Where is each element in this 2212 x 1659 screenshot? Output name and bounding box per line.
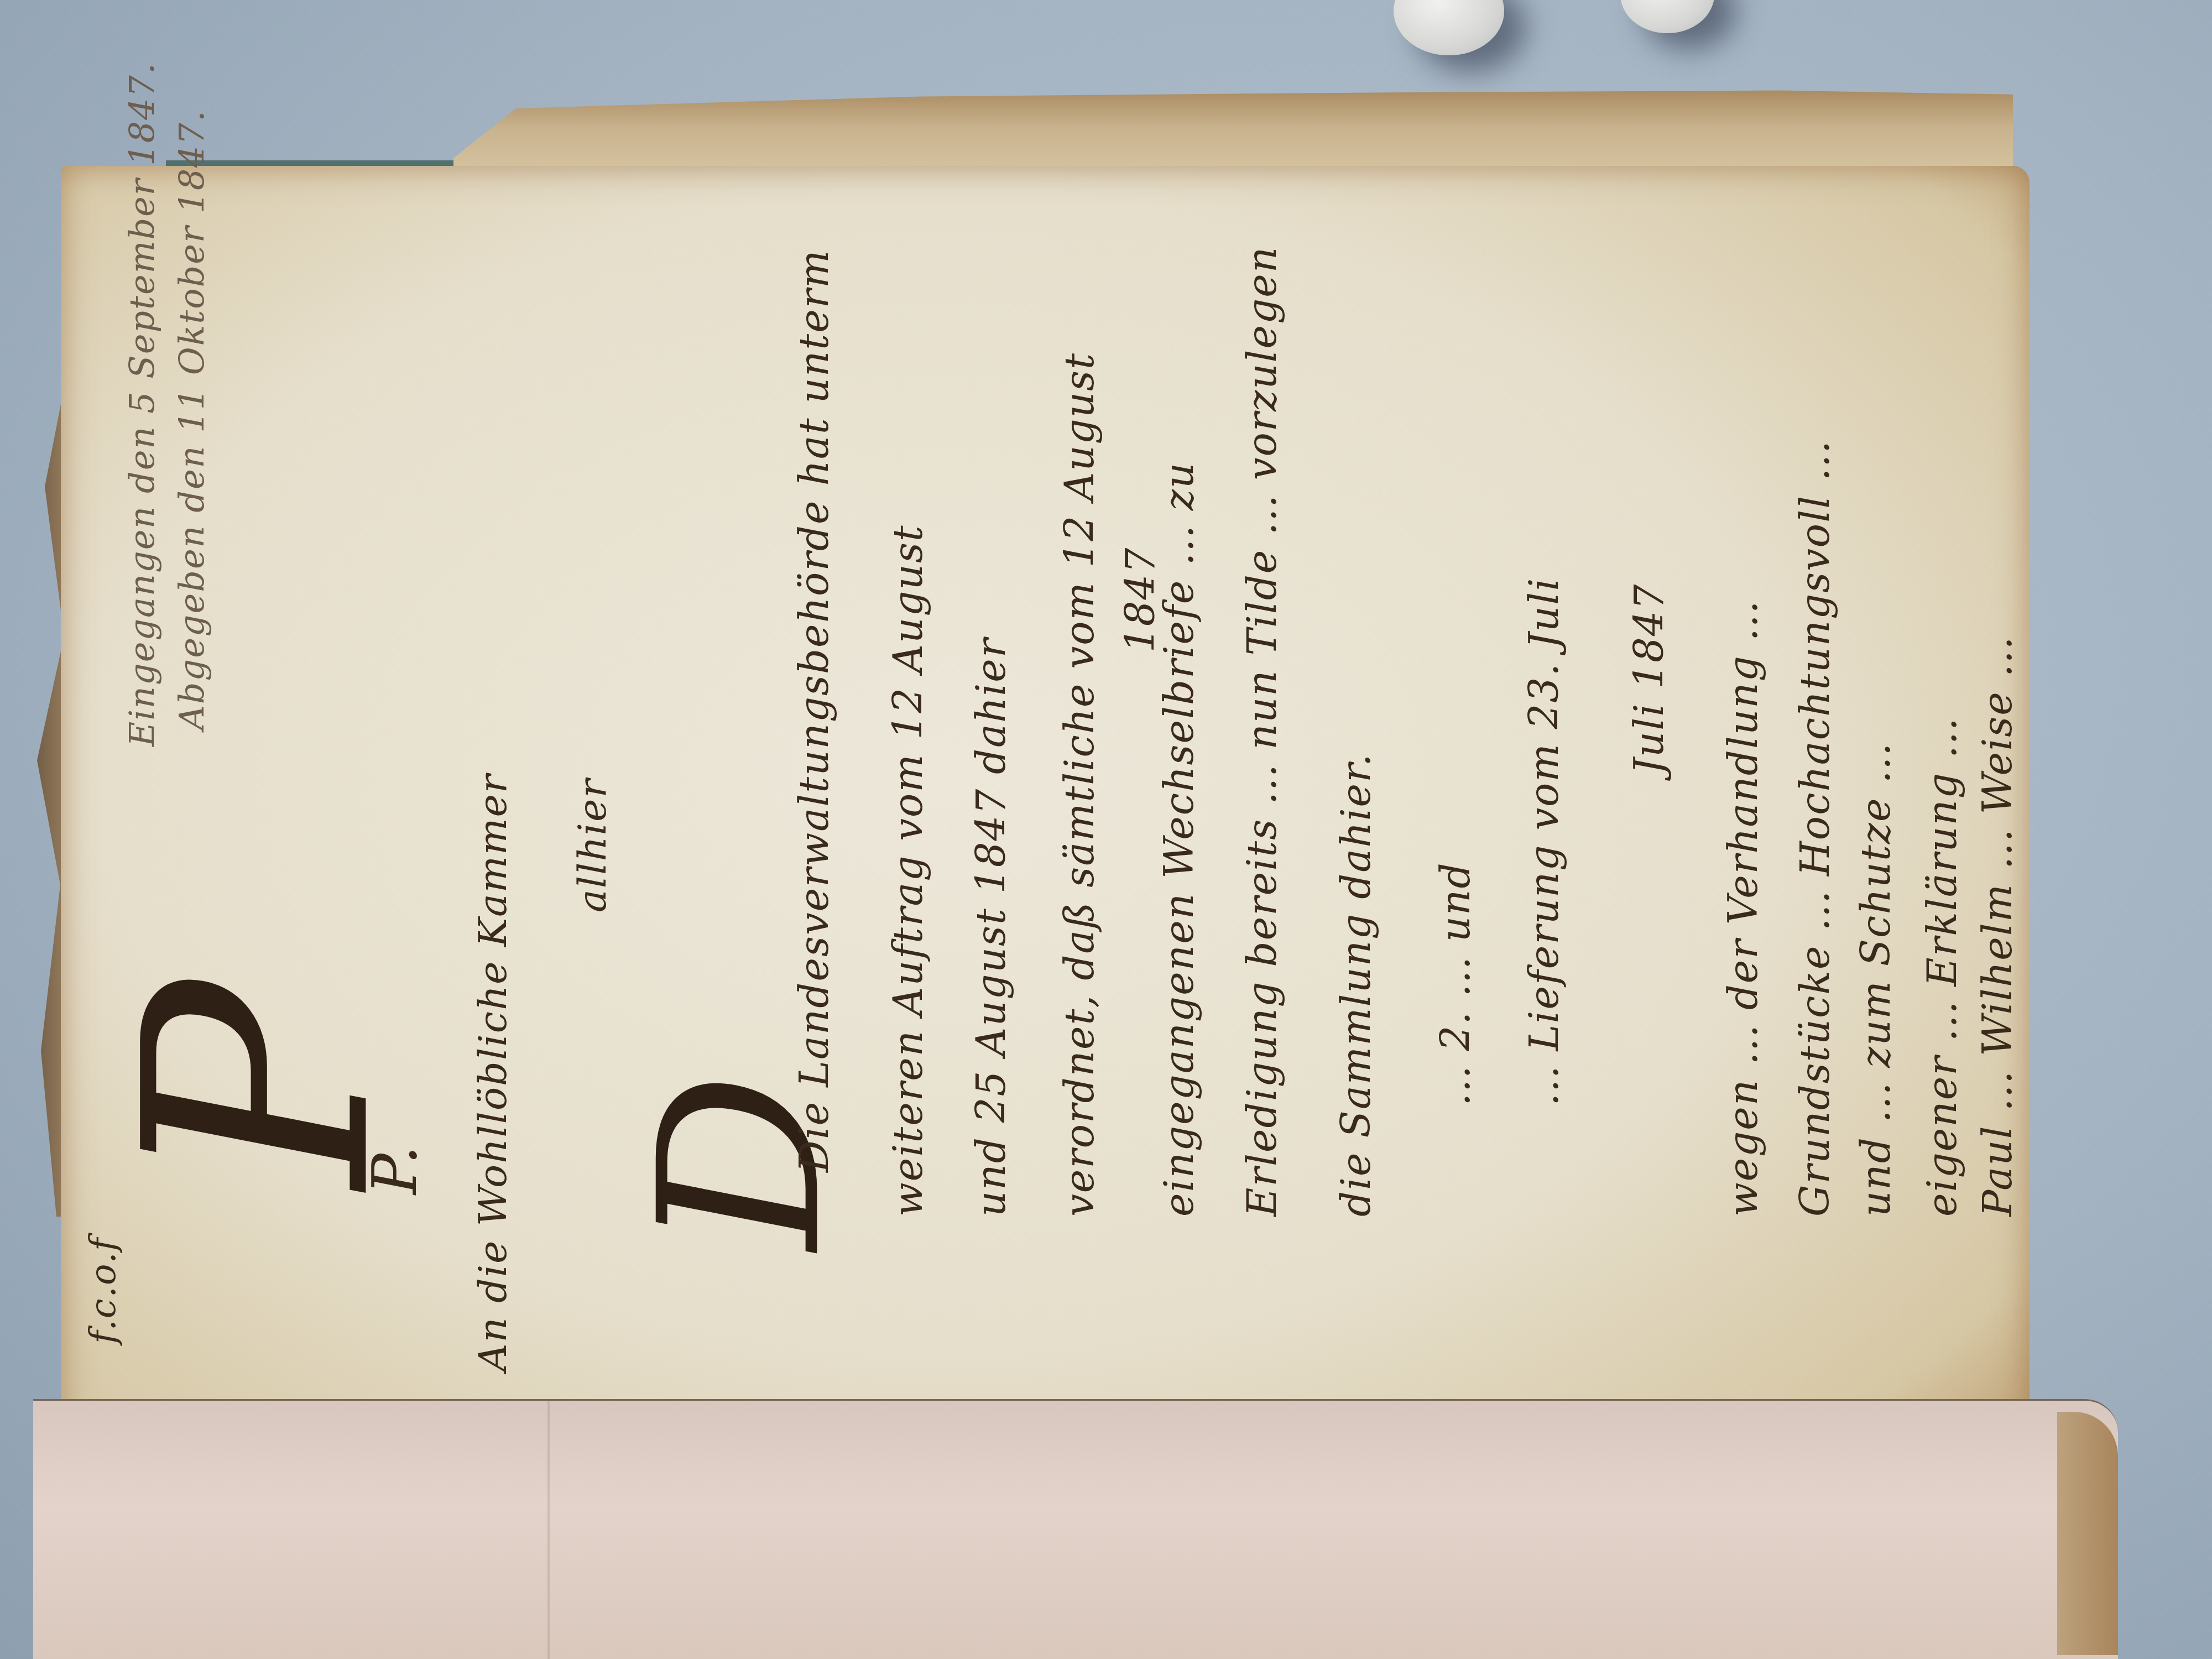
body-line-16: Paul ... Wilhelm ... Weise ... [1974, 636, 2021, 1217]
endpaper-fold [547, 1401, 550, 1659]
received-annotation: Eingegangen den 5 September 1847. [122, 62, 162, 747]
body-line-2: weiteren Auftrag vom 12 August [885, 524, 931, 1217]
body-line-4: verordnet, daß sämtliche vom 12 August [1056, 352, 1103, 1217]
body-line-7: Erledigung bereits ... nun Tilde ... vor… [1239, 246, 1285, 1217]
book-block-edge [2057, 1412, 2118, 1655]
body-line-12: wegen ... der Verhandlung ... [1720, 600, 1766, 1217]
salutation-suffix: P. [359, 1144, 430, 1194]
body-line-14: und ... zum Schutze ... [1853, 742, 1899, 1217]
body-line-10: ... Lieferung vom 23. Juli [1521, 577, 1567, 1106]
body-line-6: eingegangenen Wechselbriefe ... zu [1156, 462, 1202, 1217]
allhier-word: allhier [570, 778, 615, 912]
manuscript-page: Eingegangen den 5 September 1847. Abgege… [61, 166, 2030, 1515]
body-line-13: Grundstücke ... Hochachtungsvoll ... [1792, 440, 1838, 1217]
dispatched-annotation: Abgegeben den 11 Oktober 1847. [171, 109, 212, 730]
body-line-9: ... 2. ... und [1432, 862, 1479, 1106]
margin-mark: f.c.o.f [83, 1237, 124, 1344]
body-line-8: die Sammlung dahier. [1333, 753, 1379, 1217]
body-line-15: eigener ... Erklärung ... [1919, 717, 1965, 1217]
body-line-3: und 25 August 1847 dahier [968, 638, 1014, 1217]
addressee-line: An die Wohllöbliche Kammer [470, 774, 515, 1371]
endpaper [33, 1399, 2118, 1659]
body-line-1: Die Landesverwaltungsbehörde hat unterm [791, 249, 837, 1172]
body-line-11: Juli 1847 [1626, 583, 1672, 774]
